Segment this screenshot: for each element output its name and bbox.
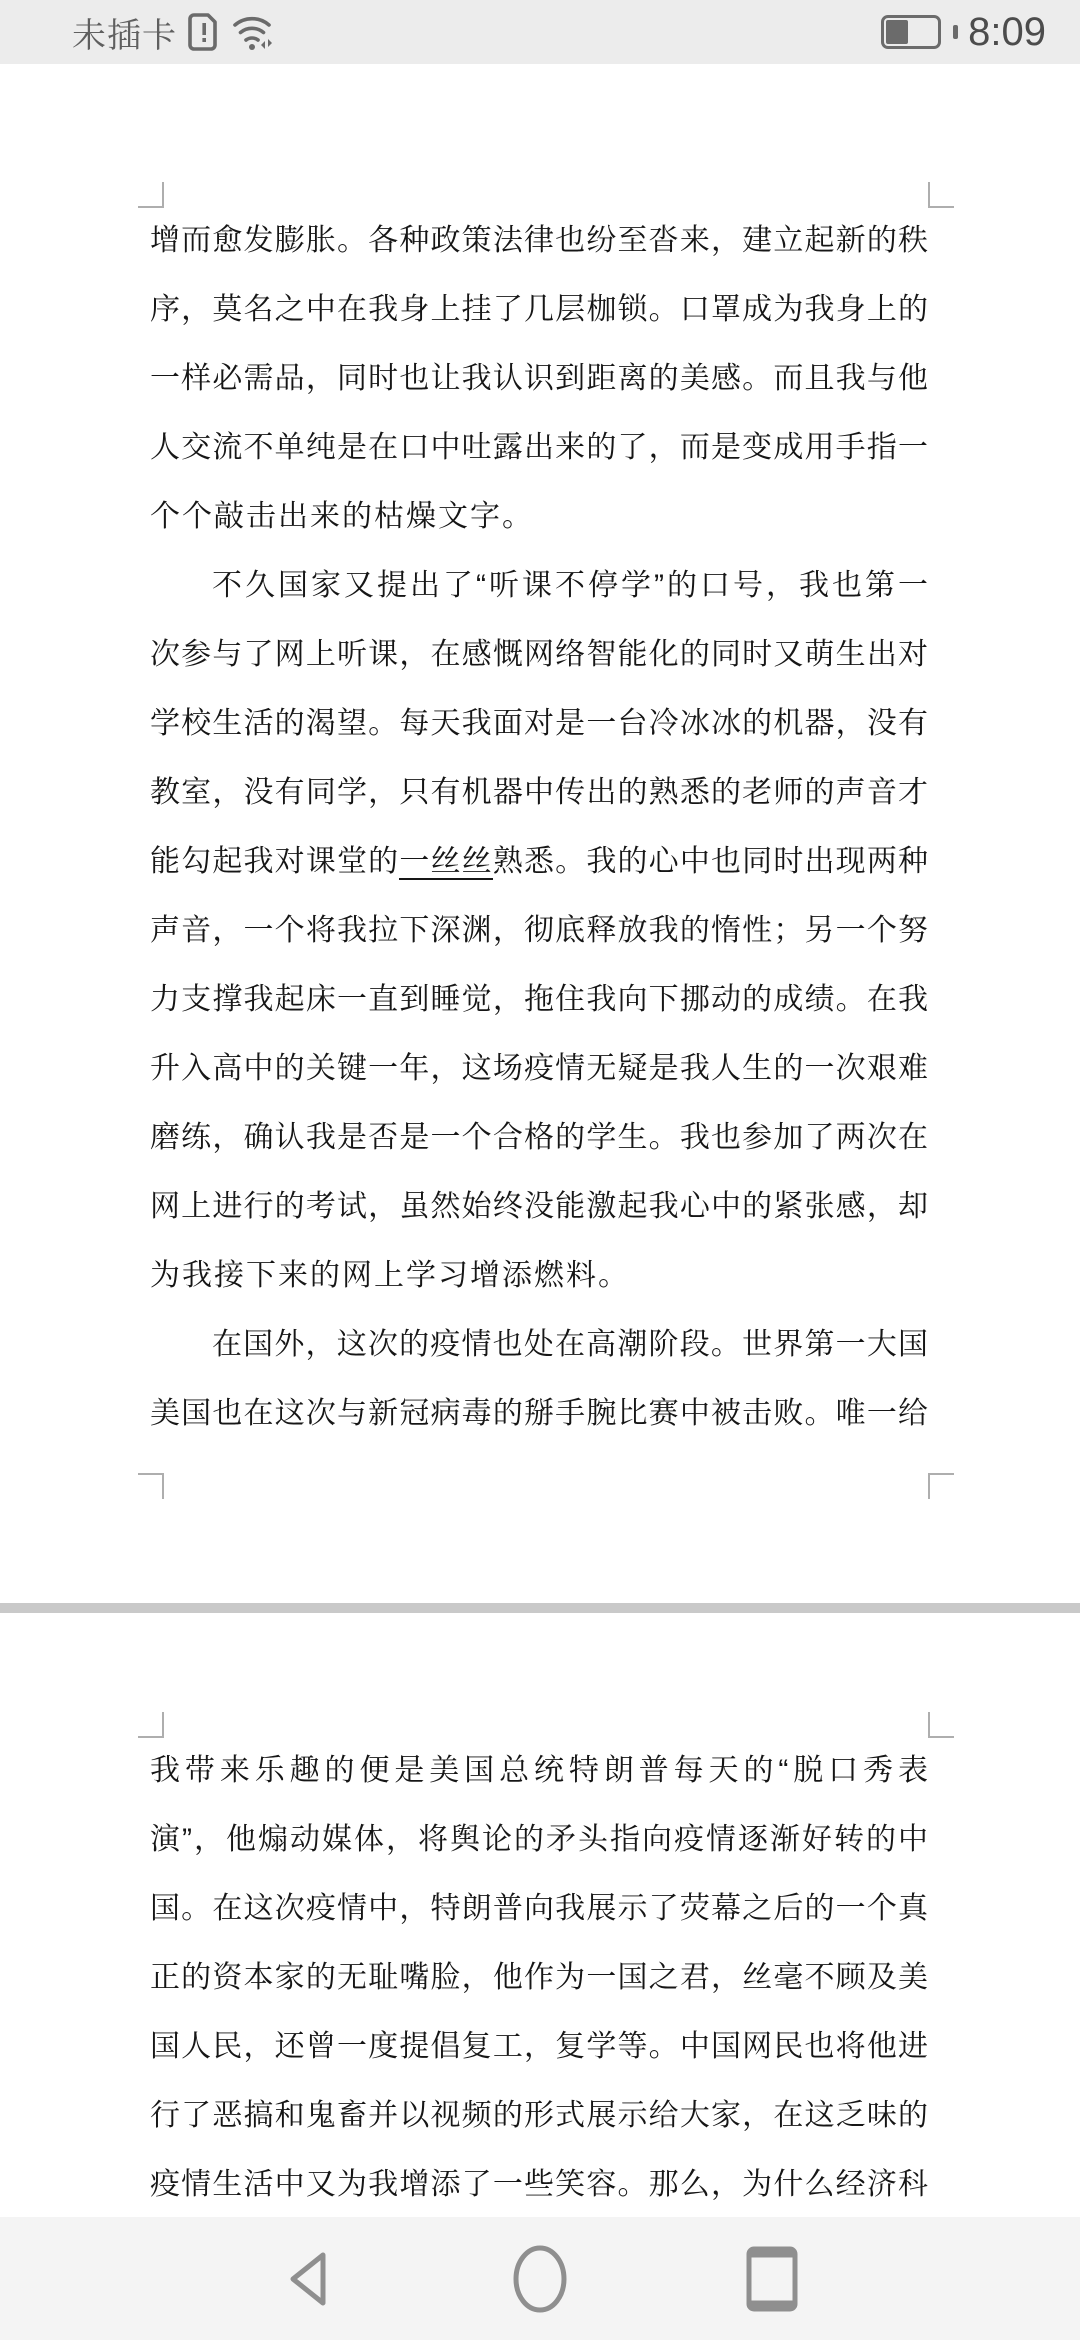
text-line: 能勾起我对课堂的一丝丝熟悉。我的心中也同时出现两种 [150, 827, 928, 896]
document-page-2[interactable]: 我带来乐趣的便是美国总统特朗普每天的“脱口秀表演”，他煽动媒体，将舆论的矛头指向… [0, 1613, 1080, 2217]
text-line: 疫情生活中又为我增添了一些笑容。那么，为什么经济科 [150, 2150, 928, 2219]
text-line: 国。在这次疫情中，特朗普向我展示了荧幕之后的一个真 [150, 1874, 928, 1943]
text-line: 增而愈发膨胀。各种政策法律也纷至沓来，建立起新的秩 [150, 206, 928, 275]
text-line: 演”，他煽动媒体，将舆论的矛头指向疫情逐渐好转的中 [150, 1805, 928, 1874]
clock-text: 8:09 [968, 10, 1046, 55]
back-button[interactable] [192, 2217, 424, 2340]
text-line: 不久国家又提出了“听课不停学”的口号，我也第一 [150, 551, 928, 620]
battery-icon [881, 15, 941, 49]
text-line: 个个敲击出来的枯燥文字。 [150, 482, 928, 551]
text-line: 行了恶搞和鬼畜并以视频的形式展示给大家，在这乏味的 [150, 2081, 928, 2150]
wifi-icon [231, 12, 277, 52]
recents-square-icon [744, 2244, 800, 2314]
home-button[interactable] [424, 2217, 656, 2340]
document-page-1[interactable]: 增而愈发膨胀。各种政策法律也纷至沓来，建立起新的秩序，莫名之中在我身上挂了几层枷… [0, 64, 1080, 1603]
text-line: 力支撑我起床一直到睡觉，拖住我向下挪动的成绩。在我 [150, 965, 928, 1034]
recents-button[interactable] [656, 2217, 888, 2340]
margin-mark-bottom-right [928, 1473, 954, 1499]
android-nav-bar [0, 2217, 1080, 2340]
text-line: 升入高中的关键一年，这场疫情无疑是我人生的一次艰难 [150, 1034, 928, 1103]
text-line: 人交流不单纯是在口中吐露出来的了，而是变成用手指一 [150, 413, 928, 482]
page-1-text: 增而愈发膨胀。各种政策法律也纷至沓来，建立起新的秩序，莫名之中在我身上挂了几层枷… [150, 206, 928, 1448]
margin-mark-top-left [138, 182, 164, 208]
text-line: 声音，一个将我拉下深渊，彻底释放我的惰性；另一个努 [150, 896, 928, 965]
text-line: 网上进行的考试，虽然始终没能激起我心中的紧张感，却 [150, 1172, 928, 1241]
text-line: 我带来乐趣的便是美国总统特朗普每天的“脱口秀表 [150, 1736, 928, 1805]
margin-mark-bottom-left [138, 1473, 164, 1499]
text-line: 磨练，确认我是否是一个合格的学生。我也参加了两次在 [150, 1103, 928, 1172]
text-line: 序，莫名之中在我身上挂了几层枷锁。口罩成为我身上的 [150, 275, 928, 344]
phone-screen: 未插卡 8:09 [0, 0, 1080, 2340]
margin-mark-top-right [928, 182, 954, 208]
text-line: 为我接下来的网上学习增添燃料。 [150, 1241, 928, 1310]
text-line: 美国也在这次与新冠病毒的掰手腕比赛中被击败。唯一给 [150, 1379, 928, 1448]
home-circle-icon [511, 2243, 569, 2315]
text-line: 国人民，还曾一度提倡复工，复学等。中国网民也将他进 [150, 2012, 928, 2081]
text-line: 一样必需品，同时也让我认识到距离的美感。而且我与他 [150, 344, 928, 413]
page-separator [0, 1603, 1080, 1613]
sim-alert-icon [187, 11, 221, 53]
back-triangle-icon [282, 2247, 334, 2311]
margin-mark-top-right [928, 1712, 954, 1738]
text-line: 在国外，这次的疫情也处在高潮阶段。世界第一大国 [150, 1310, 928, 1379]
text-line: 正的资本家的无耻嘴脸，他作为一国之君，丝毫不顾及美 [150, 1943, 928, 2012]
status-bar-left: 未插卡 [0, 8, 277, 57]
text-line: 教室，没有同学，只有机器中传出的熟悉的老师的声音才 [150, 758, 928, 827]
status-bar: 未插卡 8:09 [0, 0, 1080, 64]
text-line: 次参与了网上听课，在感慨网络智能化的同时又萌生出对 [150, 620, 928, 689]
carrier-status-text: 未插卡 [72, 8, 177, 57]
battery-fill [886, 20, 908, 44]
status-bar-right: 8:09 [881, 10, 1080, 55]
battery-nub [953, 25, 958, 39]
underlined-text: 一丝丝 [399, 845, 493, 880]
text-line: 学校生活的渴望。每天我面对是一台冷冰冰的机器，没有 [150, 689, 928, 758]
margin-mark-top-left [138, 1712, 164, 1738]
page-2-text: 我带来乐趣的便是美国总统特朗普每天的“脱口秀表演”，他煽动媒体，将舆论的矛头指向… [150, 1736, 928, 2219]
